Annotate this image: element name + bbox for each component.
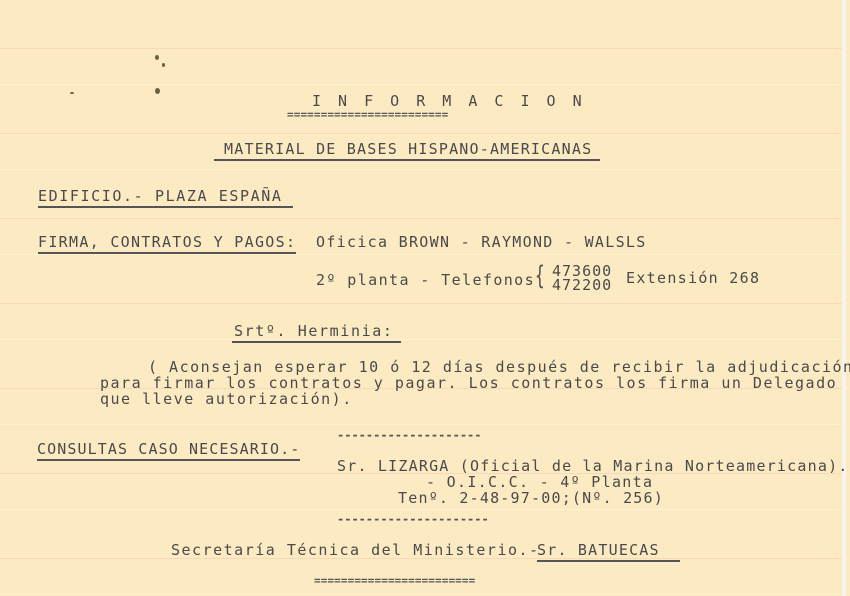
note-line-2: para firmar los contratos y pagar. Los c… [100,376,837,391]
brace-symbol: { [535,263,544,289]
title-rule: ======================== [287,108,448,121]
note-line-3: que lleve autorización). [100,392,353,407]
consultations-rule-top: -------------------- [337,428,482,442]
secretariat-person: Sr. BATUECAS [537,542,680,562]
scan-speck [155,55,159,60]
document-page: I N F O R M A C I O N ==================… [0,0,846,596]
contact-name: Srtº. Herminia: [232,323,401,343]
secretariat-text: Secretaría Técnica del Ministerio.- [171,542,540,559]
paper-edge [842,0,846,596]
scan-speck [162,63,165,67]
office-name: Oficica BROWN - RAYMOND - WALSLS [316,234,647,251]
consultations-line-2: - O.I.C.C. - 4º Planta [426,475,653,490]
end-rule: ======================== [314,574,475,587]
scan-speck [155,88,160,94]
scan-speck [70,92,74,94]
consultations-line-1: Sr. LIZARGA (Oficial de la Marina Nortea… [337,459,849,474]
consultations-line-3: Tenº. 2-48-97-00;(Nº. 256) [398,491,664,506]
signing-label: FIRMA, CONTRATOS Y PAGOS: [38,234,296,254]
document-subtitle: MATERIAL DE BASES HISPANO-AMERICANAS [214,141,600,161]
phone-2: 472200 [552,279,612,292]
consultations-rule-bottom: --------------------- [337,512,489,526]
floor-phones-label: 2º planta - Telefonos [316,272,535,289]
building-label: EDIFICIO.- PLAZA ESPAÑA [38,188,293,208]
note-line-1: ( Aconsejan esperar 10 ó 12 días después… [148,360,850,375]
extension: Extensión 268 [626,270,760,287]
consultations-label: CONSULTAS CASO NECESARIO.- [37,441,300,461]
